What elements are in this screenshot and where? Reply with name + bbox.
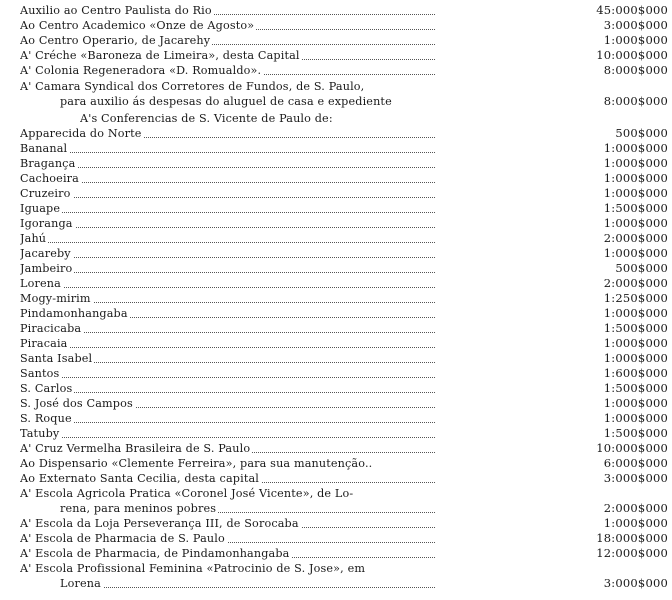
entry-description: Bragança — [20, 156, 435, 171]
entry-amount: 1:000$000 — [528, 141, 668, 156]
dot-leader — [20, 436, 435, 438]
entry-description: A' Colonia Regeneradora «D. Romualdo». — [20, 63, 435, 78]
entry-description: Bananal — [20, 141, 435, 156]
entry-amount: 3:000$000 — [528, 576, 668, 591]
entry-description: Santa Isabel — [20, 351, 435, 366]
entry-description-text: Iguape — [20, 202, 62, 215]
entry-description: Lorena — [60, 576, 435, 591]
entry-amount: 500$000 — [528, 126, 668, 141]
ledger-row: Bragança1:000$000 — [20, 156, 668, 171]
ledger-row: A' Escola da Loja Perseverança III, de S… — [20, 516, 668, 531]
ledger-row: Piracicaba1:500$000 — [20, 321, 668, 336]
entry-amount: 18:000$000 — [528, 531, 668, 546]
entry-description: Iguape — [20, 201, 435, 216]
entry-description: Piracicaba — [20, 321, 435, 336]
entry-description-text: Lorena — [60, 577, 103, 590]
entry-description: Ao Centro Academico «Onze de Agosto» — [20, 18, 435, 33]
entry-description-text: Ao Dispensario «Clemente Ferreira», para… — [20, 457, 374, 470]
entry-description-text: Pindamonhangaba — [20, 307, 130, 320]
ledger-row: A' Escola Profissional Feminina «Patroci… — [20, 561, 668, 576]
dot-leader — [20, 226, 435, 228]
ledger-row: Santa Isabel1:000$000 — [20, 351, 668, 366]
entry-description-text: Jambeiro — [20, 262, 74, 275]
entry-description: Jahú — [20, 231, 435, 246]
dot-leader — [20, 181, 435, 183]
entry-description: A' Camara Syndical dos Corretores de Fun… — [20, 79, 435, 94]
dot-leader — [20, 391, 435, 393]
entry-description-text: A' Escola de Pharmacia de S. Paulo — [20, 532, 227, 545]
entry-description: Piracaia — [20, 336, 435, 351]
entry-description: Tatuby — [20, 426, 435, 441]
entry-description: A' Escola de Pharmacia, de Pindamonhanga… — [20, 546, 435, 561]
entry-amount: 1:500$000 — [528, 381, 668, 396]
entry-amount: 1:000$000 — [528, 516, 668, 531]
entry-description: A' Créche «Baroneza de Limeira», desta C… — [20, 48, 435, 63]
entry-description-text: rena, para meninos pobres — [60, 502, 218, 515]
entry-description-text: S. Roque — [20, 412, 74, 425]
entry-description-text: Ao Centro Academico «Onze de Agosto» — [20, 19, 256, 32]
ledger-row: Cachoeira1:000$000 — [20, 171, 668, 186]
ledger-row: Cruzeiro1:000$000 — [20, 186, 668, 201]
entry-description-text: A' Créche «Baroneza de Limeira», desta C… — [20, 49, 302, 62]
ledger-row: A's Conferencias de S. Vicente de Paulo … — [20, 111, 668, 126]
entry-amount: 1:000$000 — [528, 216, 668, 231]
entry-description: A' Escola da Loja Perseverança III, de S… — [20, 516, 435, 531]
ledger-row: S. Carlos1:500$000 — [20, 381, 668, 396]
dot-leader — [20, 376, 435, 378]
ledger-row: Mogy-mirim1:250$000 — [20, 291, 668, 306]
entry-amount: 1:000$000 — [528, 396, 668, 411]
entry-description: A' Escola Agricola Pratica «Coronel José… — [20, 486, 435, 501]
ledger-row: para auxilio ás despesas do aluguel de c… — [20, 94, 668, 109]
entry-description: Auxilio ao Centro Paulista do Rio — [20, 3, 435, 18]
entry-description-text: A' Escola Profissional Feminina «Patroci… — [20, 562, 367, 575]
entry-description-text: Ao Externato Santa Cecilia, desta capita… — [20, 472, 261, 485]
ledger-row: Lorena2:000$000 — [20, 276, 668, 291]
entry-amount: 1:000$000 — [528, 156, 668, 171]
entry-amount: 1:500$000 — [528, 201, 668, 216]
entry-description-text: Jacareby — [20, 247, 73, 260]
entry-description: Pindamonhangaba — [20, 306, 435, 321]
ledger-row: Bananal1:000$000 — [20, 141, 668, 156]
entry-description: A' Escola Profissional Feminina «Patroci… — [20, 561, 435, 576]
entry-description: para auxilio ás despesas do aluguel de c… — [60, 94, 435, 109]
entry-amount: 1:000$000 — [528, 171, 668, 186]
document-page: Auxilio ao Centro Paulista do Rio45:000$… — [0, 0, 672, 600]
dot-leader — [20, 196, 435, 198]
entry-description: Igoranga — [20, 216, 435, 231]
dot-leader — [60, 586, 435, 588]
entry-description: rena, para meninos pobres — [60, 501, 435, 516]
ledger-row: A' Colonia Regeneradora «D. Romualdo».8:… — [20, 63, 668, 78]
entry-description-text: A' Cruz Vermelha Brasileira de S. Paulo — [20, 442, 252, 455]
entry-description-text: Cachoeira — [20, 172, 81, 185]
entry-description: S. Carlos — [20, 381, 435, 396]
entry-description: Ao Centro Operario, de Jacarehy — [20, 33, 435, 48]
dot-leader — [20, 211, 435, 213]
entry-description-text: Bananal — [20, 142, 69, 155]
ledger-row: rena, para meninos pobres2:000$000 — [20, 501, 668, 516]
entry-amount: 12:000$000 — [528, 546, 668, 561]
dot-leader — [20, 271, 435, 273]
dot-leader — [20, 166, 435, 168]
entry-description: Mogy-mirim — [20, 291, 435, 306]
dot-leader — [20, 256, 435, 258]
entry-amount: 1:600$000 — [528, 366, 668, 381]
entry-description-text: S. Carlos — [20, 382, 74, 395]
entry-description: S. Roque — [20, 411, 435, 426]
entry-amount: 3:000$000 — [528, 18, 668, 33]
entry-description: S. José dos Campos — [20, 396, 435, 411]
entry-amount: 500$000 — [528, 261, 668, 276]
entry-description-text: A' Escola da Loja Perseverança III, de S… — [20, 517, 301, 530]
dot-leader — [20, 421, 435, 423]
entry-description: Cachoeira — [20, 171, 435, 186]
entry-description-text: Jahú — [20, 232, 48, 245]
entry-description-text: Apparecida do Norte — [20, 127, 144, 140]
dot-leader — [20, 346, 435, 348]
entry-description: Santos — [20, 366, 435, 381]
entry-description-text: Mogy-mirim — [20, 292, 93, 305]
entry-description: A's Conferencias de S. Vicente de Paulo … — [80, 111, 435, 126]
ledger-row: A' Créche «Baroneza de Limeira», desta C… — [20, 48, 668, 63]
entry-amount: 1:000$000 — [528, 336, 668, 351]
dot-leader — [20, 241, 435, 243]
entry-description: A' Cruz Vermelha Brasileira de S. Paulo — [20, 441, 435, 456]
ledger-row: Ao Centro Operario, de Jacarehy1:000$000 — [20, 33, 668, 48]
entry-description: A' Escola de Pharmacia de S. Paulo — [20, 531, 435, 546]
entry-description-text: Ao Centro Operario, de Jacarehy — [20, 34, 212, 47]
ledger-row: A' Escola de Pharmacia, de Pindamonhanga… — [20, 546, 668, 561]
ledger-row: Ao Dispensario «Clemente Ferreira», para… — [20, 456, 668, 471]
entry-amount: 2:000$000 — [528, 501, 668, 516]
entry-amount: 1:250$000 — [528, 291, 668, 306]
entry-amount: 1:000$000 — [528, 246, 668, 261]
entry-description-text: Cruzeiro — [20, 187, 73, 200]
ledger-row: Jahú2:000$000 — [20, 231, 668, 246]
entry-amount: 1:500$000 — [528, 321, 668, 336]
ledger-row: A' Cruz Vermelha Brasileira de S. Paulo1… — [20, 441, 668, 456]
entry-amount: 2:000$000 — [528, 231, 668, 246]
entry-description-text: Igoranga — [20, 217, 75, 230]
entry-description: Apparecida do Norte — [20, 126, 435, 141]
ledger-row: Jambeiro500$000 — [20, 261, 668, 276]
entry-amount: 2:000$000 — [528, 276, 668, 291]
ledger-row: Iguape1:500$000 — [20, 201, 668, 216]
dot-leader — [20, 151, 435, 153]
ledger-row: Piracaia1:000$000 — [20, 336, 668, 351]
ledger-row: A' Camara Syndical dos Corretores de Fun… — [20, 79, 668, 94]
entry-description: Jacareby — [20, 246, 435, 261]
entry-description-text: Tatuby — [20, 427, 61, 440]
entry-amount: 3:000$000 — [528, 471, 668, 486]
entry-description: Lorena — [20, 276, 435, 291]
entry-amount: 10:000$000 — [528, 48, 668, 63]
ledger-row: Lorena3:000$000 — [20, 576, 668, 591]
entry-amount: 1:000$000 — [528, 306, 668, 321]
ledger-row: Igoranga1:000$000 — [20, 216, 668, 231]
entry-description-text: Piracicaba — [20, 322, 83, 335]
entry-description-text: Santos — [20, 367, 61, 380]
ledger-row: Ao Centro Academico «Onze de Agosto»3:00… — [20, 18, 668, 33]
ledger-row: S. Roque1:000$000 — [20, 411, 668, 426]
ledger-row: Pindamonhangaba1:000$000 — [20, 306, 668, 321]
ledger-row: S. José dos Campos1:000$000 — [20, 396, 668, 411]
entry-description-text: A' Camara Syndical dos Corretores de Fun… — [20, 80, 366, 93]
entry-amount: 10:000$000 — [528, 441, 668, 456]
entry-amount: 1:000$000 — [528, 411, 668, 426]
entry-description-text: Piracaia — [20, 337, 70, 350]
entry-amount: 45:000$000 — [528, 3, 668, 18]
entry-amount: 8:000$000 — [528, 63, 668, 78]
entry-description-text: A' Escola de Pharmacia, de Pindamonhanga… — [20, 547, 292, 560]
entry-description-text: Lorena — [20, 277, 63, 290]
ledger-row: A' Escola de Pharmacia de S. Paulo18:000… — [20, 531, 668, 546]
entry-description-text: para auxilio ás despesas do aluguel de c… — [60, 95, 394, 108]
entry-description-text: Bragança — [20, 157, 77, 170]
entry-amount: 6:000$000 — [528, 456, 668, 471]
ledger-row: Jacareby1:000$000 — [20, 246, 668, 261]
entry-description-text: A's Conferencias de S. Vicente de Paulo … — [80, 112, 335, 125]
entry-description-text: Auxilio ao Centro Paulista do Rio — [20, 4, 214, 17]
ledger-row: Auxilio ao Centro Paulista do Rio45:000$… — [20, 3, 668, 18]
entry-amount: 1:000$000 — [528, 186, 668, 201]
ledger-row: Tatuby1:500$000 — [20, 426, 668, 441]
dot-leader — [20, 286, 435, 288]
entry-description: Jambeiro — [20, 261, 435, 276]
entry-amount: 1:000$000 — [528, 351, 668, 366]
entry-description: Cruzeiro — [20, 186, 435, 201]
ledger-row: Santos1:600$000 — [20, 366, 668, 381]
entry-amount: 1:500$000 — [528, 426, 668, 441]
entry-amount: 1:000$000 — [528, 33, 668, 48]
entry-description-text: Santa Isabel — [20, 352, 94, 365]
entry-description: Ao Externato Santa Cecilia, desta capita… — [20, 471, 435, 486]
entry-amount: 8:000$000 — [528, 94, 668, 109]
entry-description-text: A' Colonia Regeneradora «D. Romualdo». — [20, 64, 263, 77]
entry-description-text: A' Escola Agricola Pratica «Coronel José… — [20, 487, 355, 500]
entry-description: Ao Dispensario «Clemente Ferreira», para… — [20, 456, 435, 471]
entry-description-text: S. José dos Campos — [20, 397, 135, 410]
ledger-row: Ao Externato Santa Cecilia, desta capita… — [20, 471, 668, 486]
ledger-row: Apparecida do Norte500$000 — [20, 126, 668, 141]
ledger-row: A' Escola Agricola Pratica «Coronel José… — [20, 486, 668, 501]
